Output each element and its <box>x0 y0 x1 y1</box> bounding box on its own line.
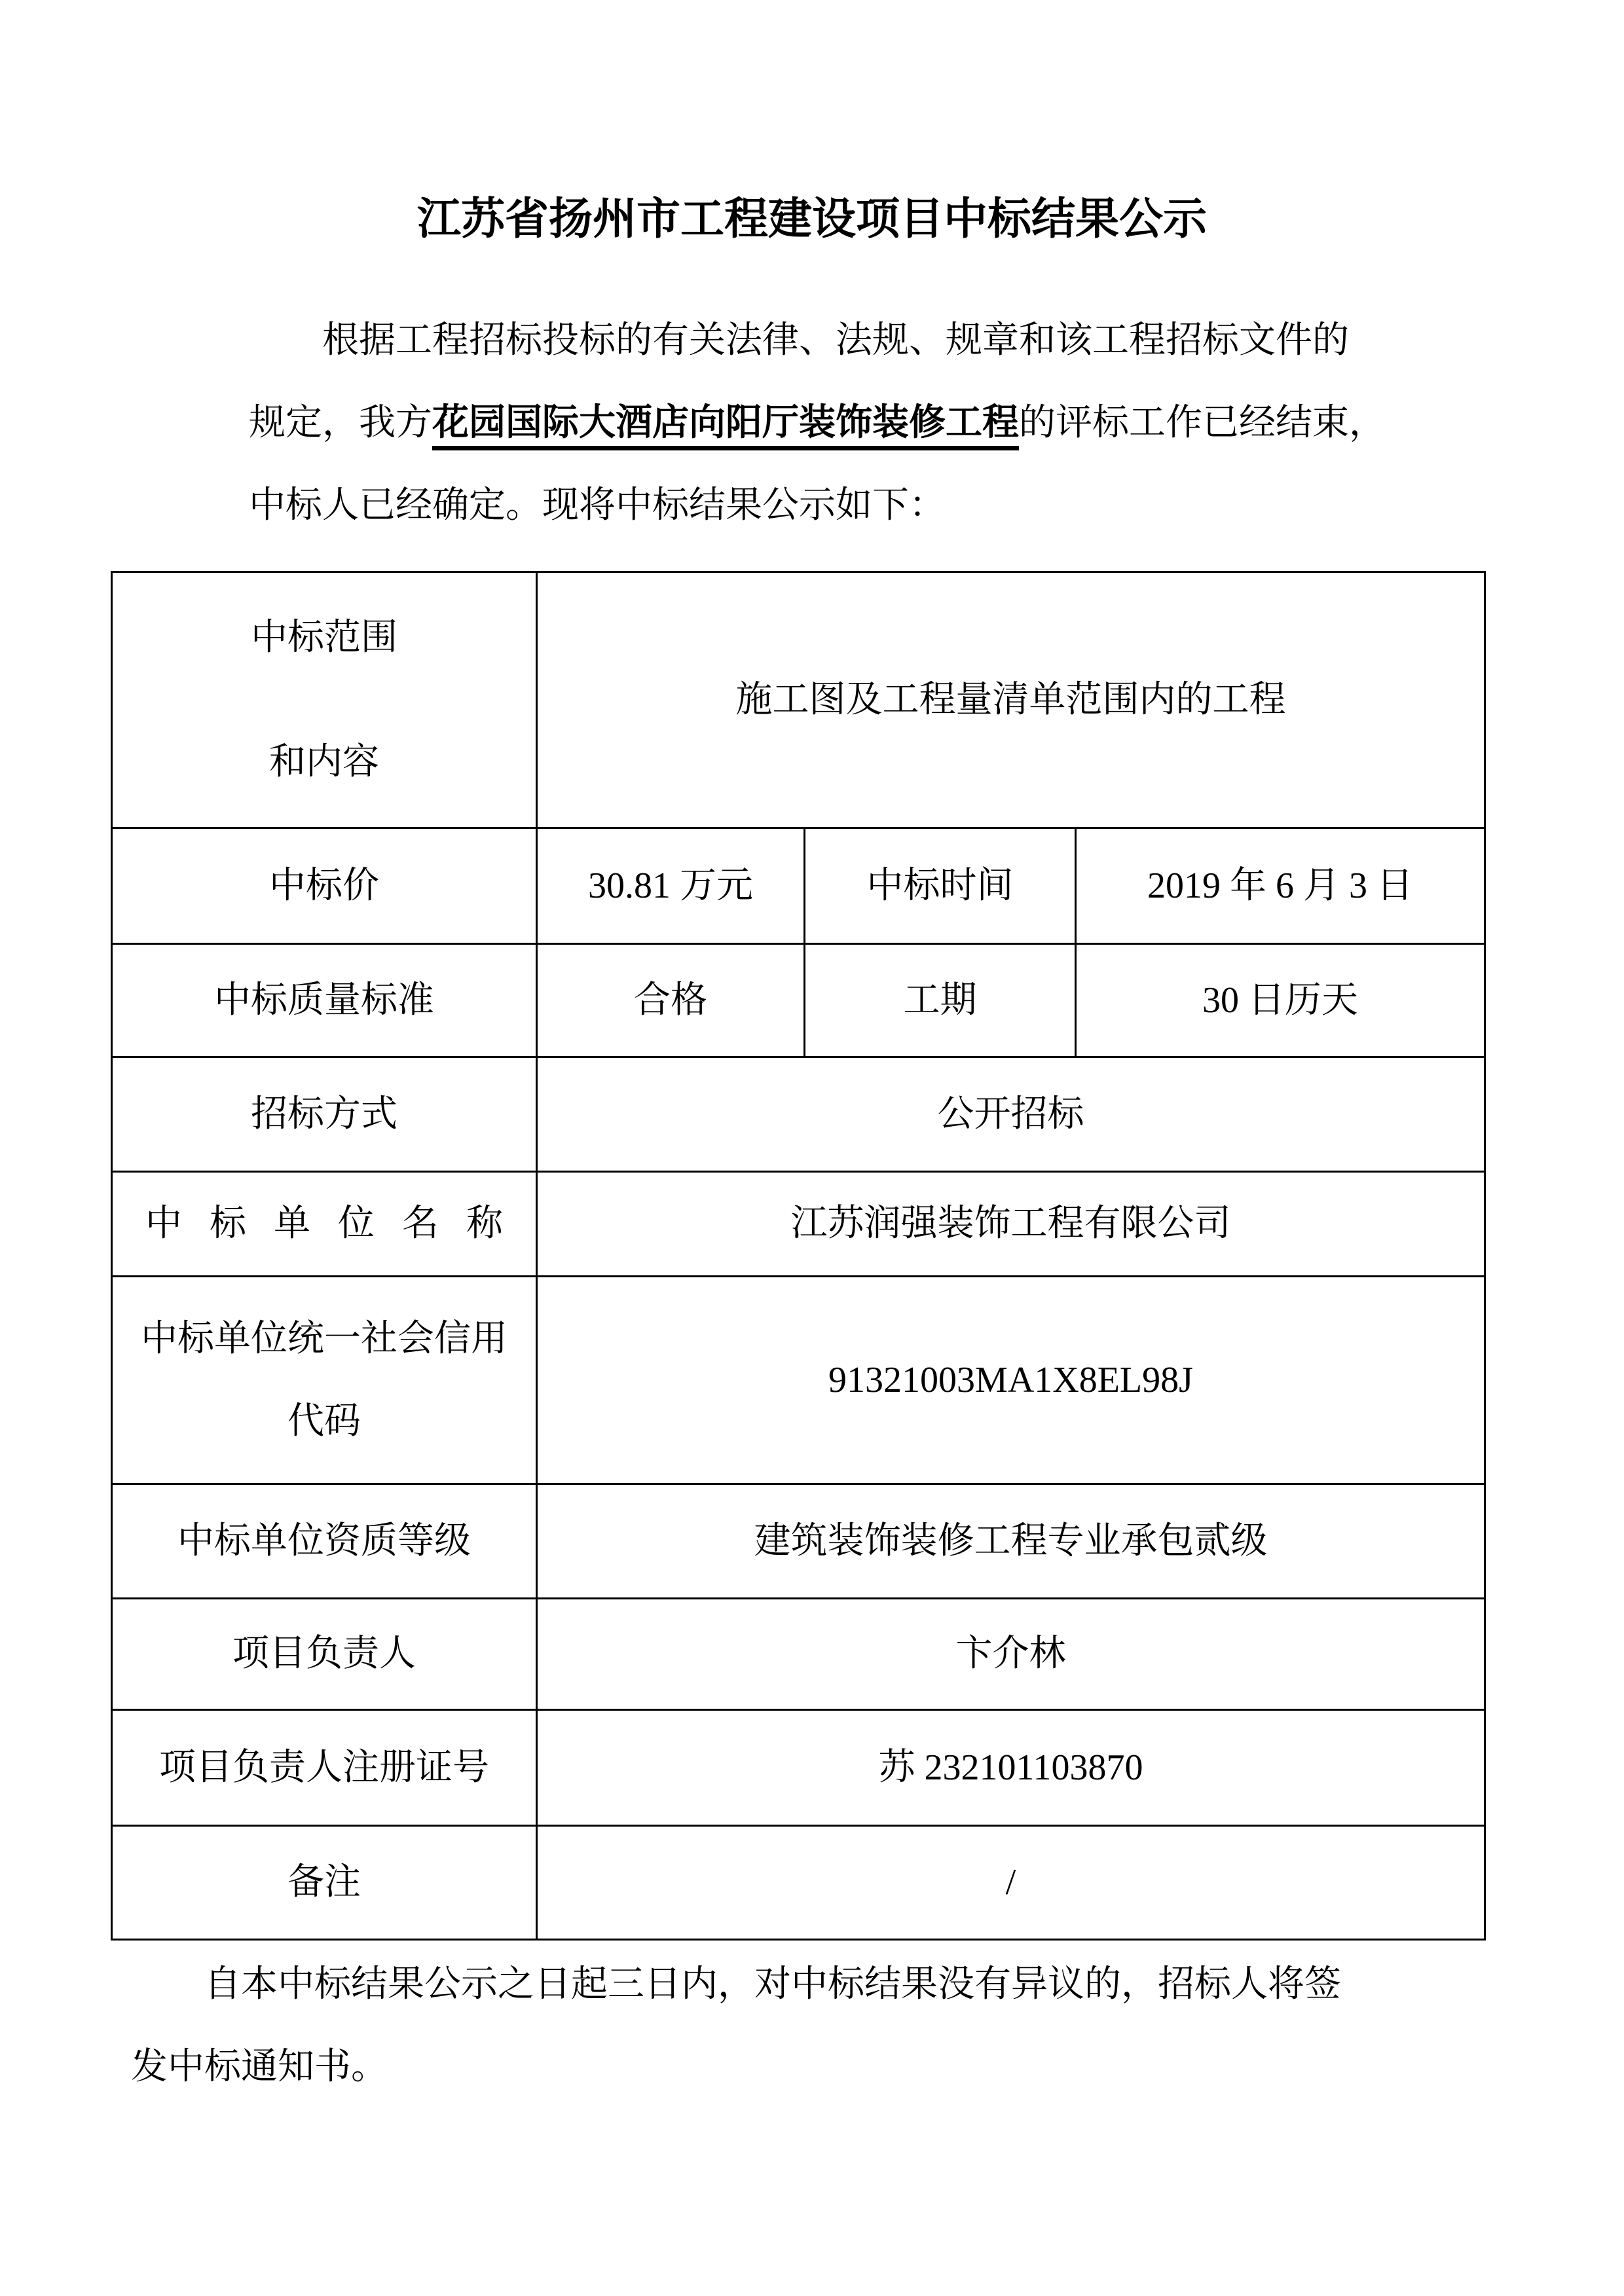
intro-line: 中标人已经确定。现将中标结果公示如下： <box>249 464 1401 547</box>
cell-text: 江苏润强装饰工程有限公司 <box>538 1205 1484 1243</box>
table-value-cell: 中标时间 <box>805 828 1076 944</box>
cell-text: 30.81 万元 <box>538 867 803 905</box>
cell-text: 91321003MA1X8EL98J <box>538 1362 1484 1399</box>
closing-line: 自本中标结果公示之日起三日内，对中标结果没有异议的，招标人将签 <box>131 1943 1506 2026</box>
text-segment: 根据工程招标投标的有关法律、法规、规章和该工程招标文件的 <box>322 320 1349 361</box>
cell-text: 工期 <box>805 982 1075 1019</box>
text-segment: 自本中标结果公示之日起三日内，对中标结果没有异议的，招标人将签 <box>204 1964 1341 2005</box>
text-segment: 发中标通知书。 <box>131 2047 388 2087</box>
table-label-cell: 中标单位名称 <box>112 1172 537 1277</box>
cell-text: 中标范围 <box>113 619 536 657</box>
cell-text: 中标单位资质等级 <box>113 1523 536 1560</box>
intro-line: 根据工程招标投标的有关法律、法规、规章和该工程招标文件的 <box>249 299 1401 382</box>
table-row: 中标单位资质等级建筑装饰装修工程专业承包贰级 <box>112 1484 1485 1599</box>
intro-line: 规定，我方花园国际大酒店向阳厅装饰装修工程的评标工作已经结束， <box>249 382 1401 464</box>
cell-text: 招标方式 <box>113 1096 536 1133</box>
cell-text: 代码 <box>113 1403 536 1440</box>
table-row: 中标单位名称江苏润强装饰工程有限公司 <box>112 1172 1485 1277</box>
table-value-cell: 苏 232101103870 <box>537 1710 1485 1826</box>
table-value-cell: 91321003MA1X8EL98J <box>537 1277 1485 1484</box>
table-row: 中标范围和内容施工图及工程量清单范围内的工程 <box>112 572 1485 828</box>
cell-text: 苏 232101103870 <box>538 1749 1484 1787</box>
cell-text: 中标价 <box>113 867 536 905</box>
cell-text: 项目负责人注册证号 <box>113 1749 536 1787</box>
table-label-cell: 中标价 <box>112 828 537 944</box>
table-row: 项目负责人注册证号苏 232101103870 <box>112 1710 1485 1826</box>
text-segment: 中标人已经确定。现将中标结果公示如下： <box>249 485 946 526</box>
table-label-cell: 项目负责人 <box>112 1599 537 1710</box>
cell-text: 施工图及工程量清单范围内的工程 <box>538 682 1484 719</box>
cell-text: 合格 <box>538 982 803 1019</box>
text-segment: 规定，我方 <box>249 403 432 443</box>
table-value-cell: 工期 <box>805 944 1076 1057</box>
cell-text: 中标单位统一社会信用 <box>113 1321 536 1358</box>
table-row: 备注/ <box>112 1826 1485 1940</box>
cell-text: 和内容 <box>113 744 536 781</box>
table-value-cell: / <box>537 1826 1485 1940</box>
cell-text: 中标质量标准 <box>113 982 536 1019</box>
text-segment: 的评标工作已经结束， <box>1019 403 1386 443</box>
cell-text: 项目负责人 <box>113 1635 536 1673</box>
cell-text: 卞介林 <box>538 1635 1484 1673</box>
table-value-cell: 2019 年 6 月 3 日 <box>1076 828 1485 944</box>
table-value-cell: 江苏润强装饰工程有限公司 <box>537 1172 1485 1277</box>
project-name-emphasized: 花园国际大酒店向阳厅装饰装修工程 <box>432 403 1019 450</box>
bid-result-table-body: 中标范围和内容施工图及工程量清单范围内的工程中标价30.81 万元中标时间201… <box>112 572 1485 1940</box>
intro-paragraph: 根据工程招标投标的有关法律、法规、规章和该工程招标文件的规定，我方花园国际大酒店… <box>249 299 1401 547</box>
cell-text: 2019 年 6 月 3 日 <box>1077 867 1484 905</box>
table-row: 中标价30.81 万元中标时间2019 年 6 月 3 日 <box>112 828 1485 944</box>
table-value-cell: 卞介林 <box>537 1599 1485 1710</box>
cell-text: / <box>538 1864 1484 1901</box>
table-value-cell: 建筑装饰装修工程专业承包贰级 <box>537 1484 1485 1599</box>
bid-result-table: 中标范围和内容施工图及工程量清单范围内的工程中标价30.81 万元中标时间201… <box>111 571 1486 1941</box>
document-page: 江苏省扬州市工程建设项目中标结果公示 根据工程招标投标的有关法律、法规、规章和该… <box>0 0 1624 2296</box>
table-row: 中标单位统一社会信用代码91321003MA1X8EL98J <box>112 1277 1485 1484</box>
closing-paragraph: 自本中标结果公示之日起三日内，对中标结果没有异议的，招标人将签发中标通知书。 <box>131 1943 1506 2108</box>
table-row: 中标质量标准合格工期30 日历天 <box>112 944 1485 1057</box>
table-label-cell: 项目负责人注册证号 <box>112 1710 537 1826</box>
cell-text: 备注 <box>113 1864 536 1901</box>
cell-text: 建筑装饰装修工程专业承包贰级 <box>538 1523 1484 1560</box>
table-value-cell: 30.81 万元 <box>537 828 805 944</box>
closing-line: 发中标通知书。 <box>131 2026 1506 2108</box>
table-label-cell: 中标单位统一社会信用代码 <box>112 1277 537 1484</box>
table-value-cell: 公开招标 <box>537 1057 1485 1172</box>
cell-text: 30 日历天 <box>1077 982 1484 1019</box>
cell-text: 中标单位名称 <box>113 1205 536 1243</box>
cell-text: 公开招标 <box>538 1096 1484 1133</box>
cell-text: 中标时间 <box>805 867 1075 905</box>
document-title: 江苏省扬州市工程建设项目中标结果公示 <box>0 196 1624 242</box>
table-label-cell: 中标质量标准 <box>112 944 537 1057</box>
table-value-cell: 合格 <box>537 944 805 1057</box>
table-label-cell: 备注 <box>112 1826 537 1940</box>
table-row: 招标方式公开招标 <box>112 1057 1485 1172</box>
table-value-cell: 施工图及工程量清单范围内的工程 <box>537 572 1485 828</box>
table-label-cell: 中标范围和内容 <box>112 572 537 828</box>
table-value-cell: 30 日历天 <box>1076 944 1485 1057</box>
table-label-cell: 招标方式 <box>112 1057 537 1172</box>
table-row: 项目负责人卞介林 <box>112 1599 1485 1710</box>
table-label-cell: 中标单位资质等级 <box>112 1484 537 1599</box>
